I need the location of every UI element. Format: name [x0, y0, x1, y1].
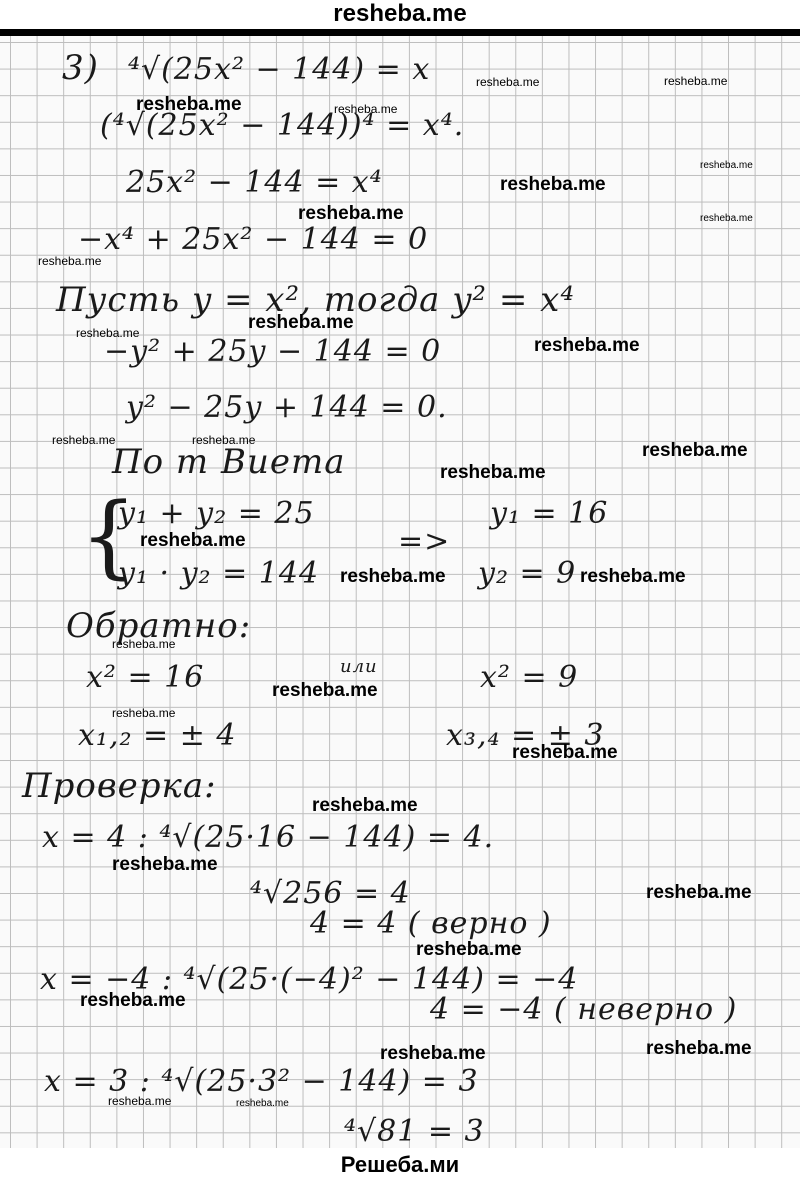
root-y1: y₁ = 16 [490, 496, 608, 531]
watermark: resheba.me [38, 254, 101, 268]
vieta-product: y₁ · y₂ = 144 [118, 556, 319, 591]
watermark: resheba.me [340, 566, 446, 588]
watermark: resheba.me [380, 1043, 486, 1065]
watermark: resheba.me [112, 637, 175, 651]
watermark: resheba.me [646, 882, 752, 904]
watermark: resheba.me [108, 1094, 171, 1108]
watermark: resheba.me [500, 174, 606, 196]
watermark: resheba.me [642, 440, 748, 462]
equation-step-3: 25x² − 144 = x⁴ [126, 165, 383, 200]
watermark: resheba.me [236, 1098, 289, 1109]
watermark: resheba.me [416, 939, 522, 961]
watermark: resheba.me [112, 854, 218, 876]
equation-in-y: −y² + 25y − 144 = 0 [104, 334, 441, 369]
watermark: resheba.me [192, 433, 255, 447]
watermark: resheba.me [312, 795, 418, 817]
watermark: resheba.me [136, 94, 242, 116]
problem-label: 3) [62, 48, 99, 88]
watermark: resheba.me [700, 213, 753, 224]
header-divider [0, 29, 800, 36]
vieta-heading: По т Виета [112, 442, 346, 482]
watermark: resheba.me [272, 680, 378, 702]
equation-original: ⁴√(25x² − 144) = x [128, 52, 430, 87]
watermark: resheba.me [76, 326, 139, 340]
x-squared-16: x² = 16 [86, 660, 204, 695]
check-heading: Проверка: [22, 766, 217, 806]
watermark: resheba.me [512, 742, 618, 764]
vieta-sum: y₁ + y₂ = 25 [118, 496, 315, 531]
x-squared-9: x² = 9 [480, 660, 578, 695]
equation-step-4: −x⁴ + 25x² − 144 = 0 [78, 222, 428, 257]
site-brand-footer: Решеба.ми [0, 1150, 800, 1179]
check-x4-result: 4 = 4 ( верно ) [310, 906, 552, 941]
watermark: resheba.me [248, 312, 354, 334]
check-x4: x = 4 : ⁴√(25·16 − 144) = 4. [42, 820, 494, 855]
watermark: resheba.me [334, 102, 397, 116]
watermark: resheba.me [580, 566, 686, 588]
watermark: resheba.me [700, 160, 753, 171]
check-xneg4-result: 4 = −4 ( неверно ) [430, 992, 737, 1027]
watermark: resheba.me [476, 75, 539, 89]
watermark: resheba.me [664, 74, 727, 88]
implies-arrow: => [398, 524, 450, 559]
x-roots-4: x₁,₂ = ± 4 [78, 718, 236, 753]
root-y2: y₂ = 9 [478, 556, 576, 591]
equation-in-y-normalized: y² − 25y + 144 = 0. [126, 390, 448, 425]
watermark: resheba.me [298, 203, 404, 225]
watermark: resheba.me [112, 706, 175, 720]
watermark: resheba.me [140, 530, 246, 552]
watermark: resheba.me [80, 990, 186, 1012]
watermark: resheba.me [646, 1038, 752, 1060]
check-x3-step2: ⁴√81 = 3 [344, 1114, 485, 1149]
watermark: resheba.me [534, 335, 640, 357]
or-word: или [340, 656, 378, 677]
watermark: resheba.me [52, 433, 115, 447]
site-brand-header: resheba.me [0, 0, 800, 28]
watermark: resheba.me [440, 462, 546, 484]
